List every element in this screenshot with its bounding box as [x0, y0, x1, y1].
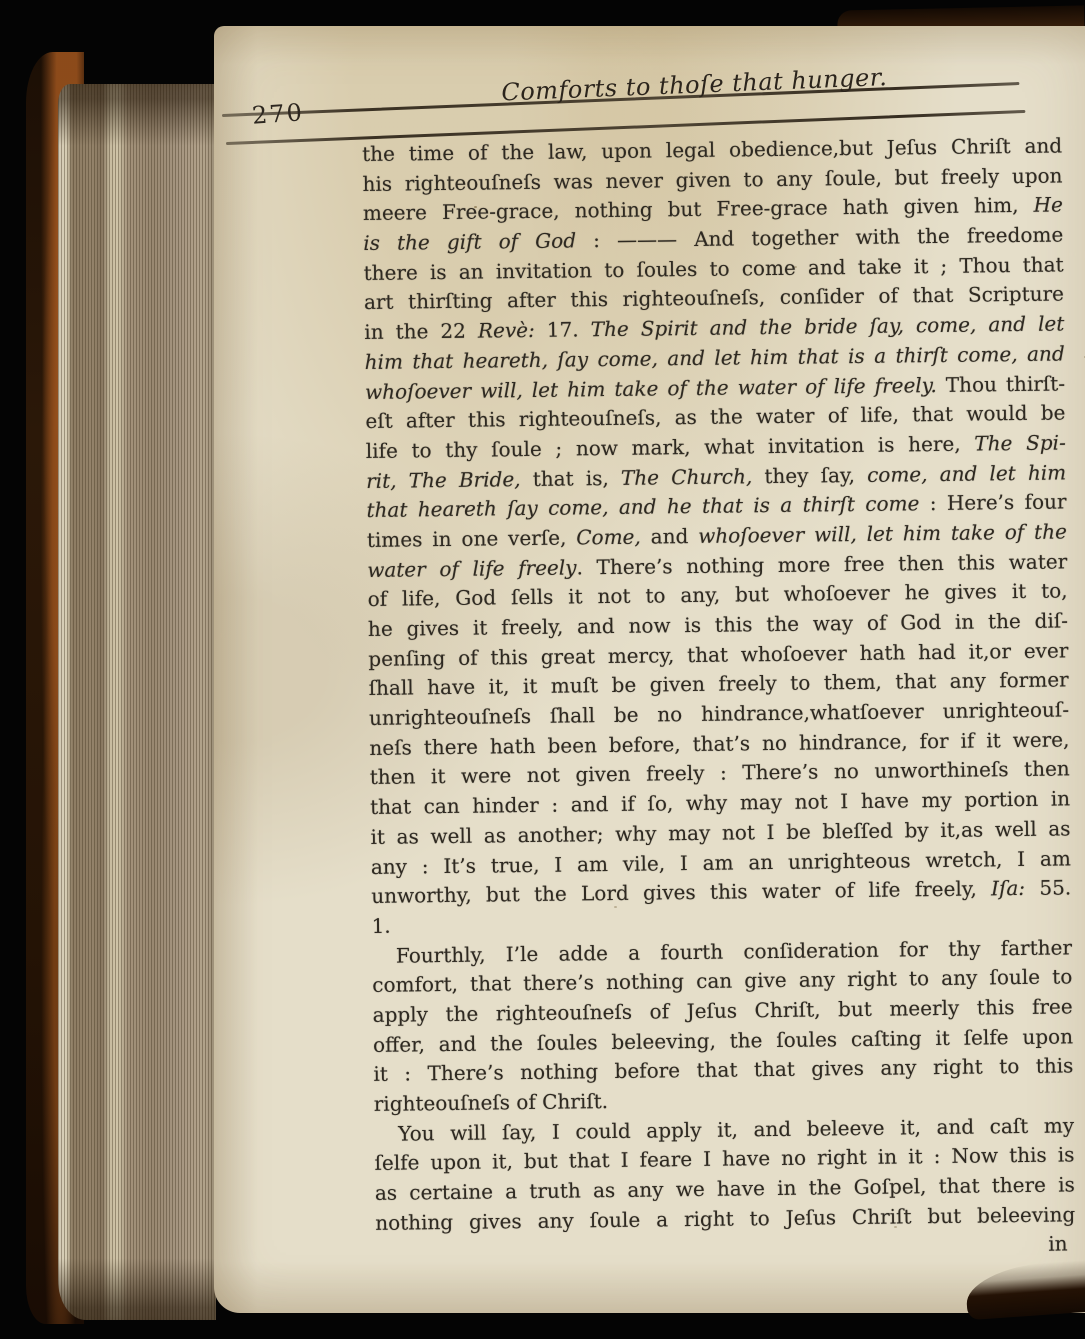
text-segment: : Here’s four: [919, 490, 1066, 516]
text-segment: unworthy, but the Lord gives this water …: [371, 877, 991, 909]
text-segment: 55.: [1025, 876, 1071, 901]
text-segment: it as well as another; why may not I be …: [370, 816, 1070, 849]
text-segment: any : It’s true, I am vile, I am an unri…: [371, 846, 1071, 879]
text-segment: his righteouſneſs was never given to any…: [362, 163, 1062, 196]
italic-text-segment: The Spirit and the bride ſay, come, and …: [590, 312, 1064, 342]
italic-text-segment: him that heareth, ſay come, and let him …: [365, 341, 1065, 374]
text-segment: You will ſay, I could apply it, and bele…: [398, 1113, 1074, 1145]
text-segment: : ——— And together with the freedome: [576, 223, 1063, 253]
book-page: 270 Comforts to thoſe that hunger. the t…: [214, 26, 1085, 1313]
text-segment: nothing gives any ſoule a right to Jeſus…: [375, 1202, 1075, 1235]
text-segment: righteouſneſs of Chriſt.: [374, 1089, 609, 1116]
italic-text-segment: rit, The Bride,: [366, 467, 521, 493]
italic-text-segment: The Church,: [621, 464, 753, 490]
text-segment: art thirſting after this righteouſneſs, …: [364, 282, 1064, 315]
text-segment: ſelfe upon it, but that I feare I have n…: [374, 1143, 1074, 1176]
text-segment: ſhall have it, it muſt be given freely t…: [369, 668, 1069, 701]
page-number: 270: [251, 98, 305, 130]
italic-text-segment: The Spi-: [974, 430, 1066, 455]
text-segment: that is,: [520, 465, 621, 490]
text-segment: of life, God ſells it not to any, but wh…: [367, 579, 1067, 612]
text-segment: Fourthly, I’le adde a fourth conſiderati…: [396, 935, 1072, 967]
text-segment: neſs there hath been before, that’s no h…: [369, 727, 1069, 760]
text-segment: that can hinder : and if ſo, why may not…: [370, 787, 1070, 820]
text-segment: as certaine a truth as any we have in th…: [375, 1172, 1075, 1205]
text-segment: the time of the law, upon legal obedienc…: [362, 133, 1062, 166]
italic-text-segment: water of life freely: [367, 555, 577, 582]
text-segment: he gives it freely, and now is this the …: [368, 608, 1068, 641]
italic-text-segment: Iſa:: [991, 876, 1025, 900]
text-segment: they ſay,: [752, 462, 867, 487]
text-segment: and: [641, 524, 699, 549]
book-photograph: 270 Comforts to thoſe that hunger. the t…: [0, 0, 1085, 1339]
text-segment: . There’s nothing more free then this wa…: [576, 549, 1067, 579]
text-segment: then it were not given freely : There’s …: [370, 757, 1070, 790]
text-segment: 1.: [371, 914, 390, 938]
text-segment: unrighteouſneſs ſhall be no hindrance,wh…: [369, 697, 1069, 730]
text-segment: life to thy ſoule ; now mark, what invit…: [366, 431, 975, 462]
text-segment: Thou thirſt-: [937, 371, 1066, 397]
text-segment: there is an invitation to ſoules to come…: [363, 252, 1063, 285]
italic-text-segment: Revè:: [478, 318, 535, 343]
text-segment: it : There’s nothing before that that gi…: [373, 1054, 1073, 1087]
body-text: the time of the law, upon legal obedienc…: [362, 131, 1076, 1268]
running-title: Comforts to thoſe that hunger.: [364, 58, 1025, 112]
text-segment: 17.: [535, 317, 591, 342]
italic-text-segment: is the gift of God: [363, 228, 576, 255]
text-segment: comfort, that there’s nothing can give a…: [372, 965, 1072, 998]
book-page-fore-edge: [58, 84, 216, 1320]
text-segment: meere Free-grace, nothing but Free-grace…: [363, 193, 1034, 225]
italic-text-segment: whoſoever will, let him take of the: [698, 519, 1067, 548]
italic-text-segment: come, and let him: [867, 460, 1066, 486]
page-corner-curl: [964, 1260, 1085, 1320]
text-segment: offer, and the ſoules beleeving, the ſou…: [373, 1024, 1073, 1057]
text-segment: penſing of this great mercy, that whoſoe…: [368, 638, 1068, 671]
italic-text-segment: He: [1033, 193, 1063, 217]
text-segment: apply the righteouſneſs of Jeſus Chriſt,…: [373, 994, 1073, 1027]
italic-text-segment: Come,: [576, 525, 641, 550]
text-segment: eſt after this righteouſneſs, as the wat…: [365, 401, 1065, 434]
text-segment: times in one verſe,: [367, 525, 577, 552]
italic-text-segment: that heareth ſay come, and he that is a …: [366, 491, 919, 522]
text-segment: in the 22: [364, 319, 478, 344]
italic-text-segment: whoſoever will, let him take of the wate…: [365, 372, 937, 403]
